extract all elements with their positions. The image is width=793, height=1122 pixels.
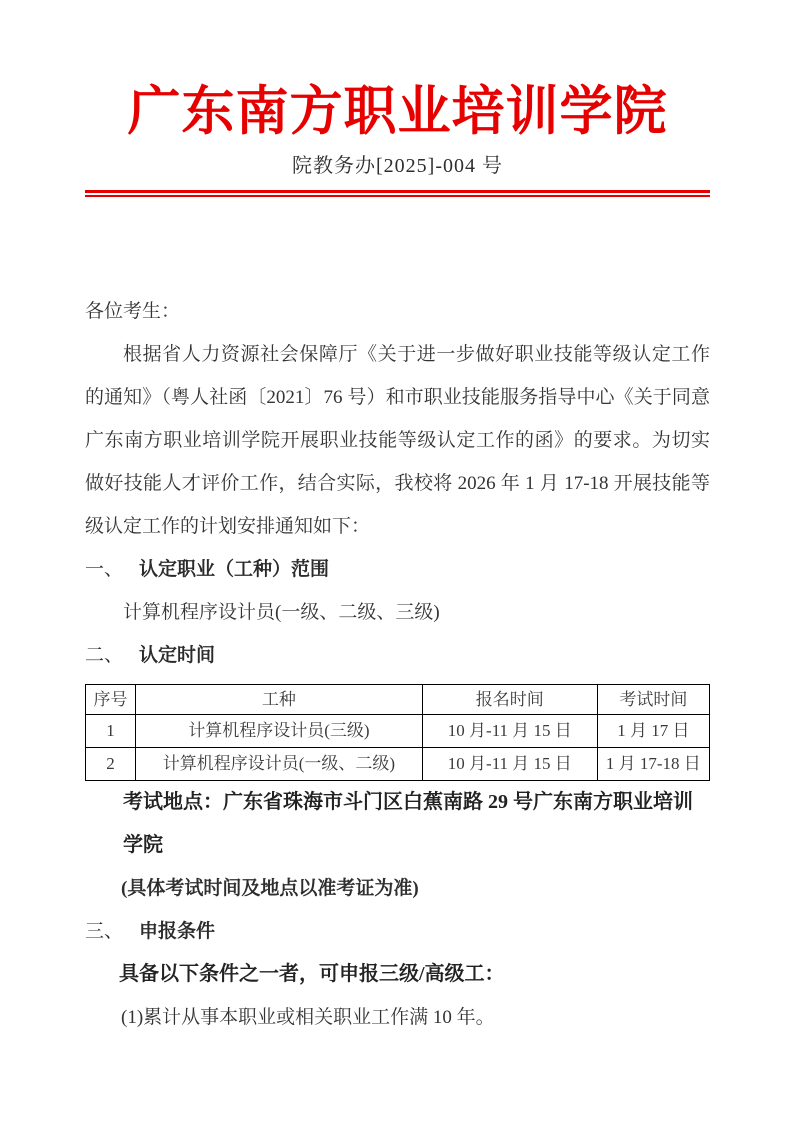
salutation: 各位考生： bbox=[85, 290, 710, 333]
intro-paragraph: 根据省人力资源社会保障厅《关于进一步做好职业技能等级认定工作的通知》（粤人社函〔… bbox=[85, 333, 710, 548]
table-cell-exam-time: 1 月 17-18 日 bbox=[597, 748, 709, 781]
table-cell-seq: 1 bbox=[86, 715, 136, 748]
document-content: 广东南方职业培训学院 院教务办[2025]-004 号 各位考生： 根据省人力资… bbox=[0, 82, 793, 1039]
condition-1: (1)累计从事本职业或相关职业工作满 10 年。 bbox=[85, 996, 710, 1039]
table-cell-trade: 计算机程序设计员(一级、二级) bbox=[135, 748, 422, 781]
exam-location: 考试地点：广东省珠海市斗门区白蕉南路 29 号广东南方职业培训学院 bbox=[85, 781, 710, 867]
section-1-number: 一、 bbox=[85, 559, 123, 580]
table-row: 2 计算机程序设计员(一级、二级) 10 月-11 月 15 日 1 月 17-… bbox=[86, 748, 710, 781]
table-cell-signup-time: 10 月-11 月 15 日 bbox=[422, 748, 597, 781]
schedule-table: 序号 工种 报名时间 考试时间 1 计算机程序设计员(三级) 10 月-11 月… bbox=[85, 684, 710, 781]
table-header-trade: 工种 bbox=[135, 685, 422, 715]
table-header-seq: 序号 bbox=[86, 685, 136, 715]
organization-title: 广东南方职业培训学院 bbox=[85, 82, 710, 142]
section-1-heading: 一、认定职业（工种）范围 bbox=[85, 548, 710, 591]
table-header-row: 序号 工种 报名时间 考试时间 bbox=[86, 685, 710, 715]
table-cell-signup-time: 10 月-11 月 15 日 bbox=[422, 715, 597, 748]
section-2-title: 认定时间 bbox=[139, 645, 215, 666]
table-row: 1 计算机程序设计员(三级) 10 月-11 月 15 日 1 月 17 日 bbox=[86, 715, 710, 748]
section-1-content: 计算机程序设计员(一级、二级、三级) bbox=[85, 591, 710, 634]
table-cell-exam-time: 1 月 17 日 bbox=[597, 715, 709, 748]
section-1-title: 认定职业（工种）范围 bbox=[139, 559, 329, 580]
conditions-intro: 具备以下条件之一者，可申报三级/高级工： bbox=[85, 953, 710, 996]
table-header-signup-time: 报名时间 bbox=[422, 685, 597, 715]
letterhead-divider bbox=[85, 190, 710, 197]
section-2-number: 二、 bbox=[85, 645, 123, 666]
section-3-number: 三、 bbox=[85, 921, 123, 942]
table-cell-seq: 2 bbox=[86, 748, 136, 781]
divider-thin-line bbox=[85, 195, 710, 197]
section-3-title: 申报条件 bbox=[139, 921, 215, 942]
document-page: 广东南方职业培训学院 院教务办[2025]-004 号 各位考生： 根据省人力资… bbox=[0, 0, 793, 1122]
document-body: 各位考生： 根据省人力资源社会保障厅《关于进一步做好职业技能等级认定工作的通知》… bbox=[85, 290, 710, 1039]
document-number: 院教务办[2025]-004 号 bbox=[85, 154, 710, 178]
table-cell-trade: 计算机程序设计员(三级) bbox=[135, 715, 422, 748]
section-3-heading: 三、申报条件 bbox=[85, 910, 710, 953]
section-2-heading: 二、认定时间 bbox=[85, 634, 710, 677]
exam-note: (具体考试时间及地点以准考证为准) bbox=[85, 867, 710, 910]
table-header-exam-time: 考试时间 bbox=[597, 685, 709, 715]
